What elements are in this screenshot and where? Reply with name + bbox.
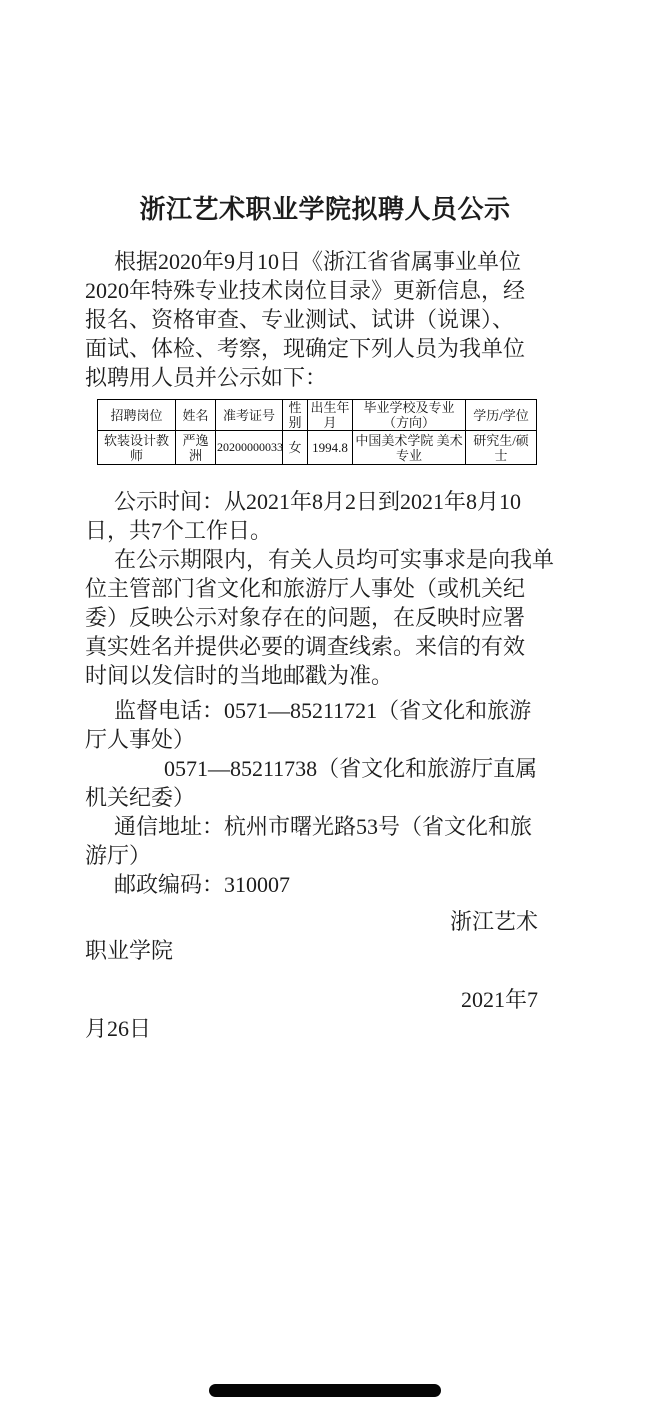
cell-position: 软装设计教师 (98, 431, 176, 465)
intro-line: 报名、资格审查、专业测试、试讲（说课）、 (85, 305, 565, 334)
feedback-line: 真实姓名并提供必要的调查线索。来信的有效 (85, 632, 565, 661)
feedback-line: 时间以发信时的当地邮戳为准。 (85, 661, 565, 690)
header-position: 招聘岗位 (98, 400, 176, 431)
cell-gender: 女 (283, 431, 308, 465)
feedback-line: 位主管部门省文化和旅游厅人事处（或机关纪 (85, 574, 565, 603)
cell-school-major: 中国美术学院 美术专业 (353, 431, 466, 465)
signature-line: 浙江艺术 (85, 907, 565, 936)
table-row: 软装设计教师 严逸洲 20200000033 女 1994.8 中国美术学院 美… (98, 431, 537, 465)
header-birth: 出生年月 (308, 400, 353, 431)
phone-line: 监督电话：0571—85211721（省文化和旅游 (85, 696, 565, 725)
feedback-line: 委）反映公示对象存在的问题，在反映时应署 (85, 603, 565, 632)
intro-line: 根据2020年9月10日《浙江省省属事业单位 (85, 247, 565, 276)
header-name: 姓名 (176, 400, 216, 431)
header-gender: 性别 (283, 400, 308, 431)
home-indicator-bar[interactable] (209, 1384, 441, 1397)
cell-degree: 研究生/硕士 (466, 431, 537, 465)
cell-name: 严逸洲 (176, 431, 216, 465)
cell-exam-id: 20200000033 (216, 431, 283, 465)
date-line: 2021年7 (85, 985, 565, 1014)
header-school-major: 毕业学校及专业（方向） (353, 400, 466, 431)
address-line: 游厅） (85, 841, 565, 870)
header-exam-id: 准考证号 (216, 400, 283, 431)
phone-line: 0571—85211738（省文化和旅游厅直属 (85, 754, 565, 783)
intro-line: 拟聘用人员并公示如下： (85, 363, 565, 392)
intro-line: 2020年特殊专业技术岗位目录》更新信息，经 (85, 276, 565, 305)
signature-line: 职业学院 (85, 936, 565, 965)
table-header-row: 招聘岗位 姓名 准考证号 性别 出生年月 毕业学校及专业（方向） 学历/学位 (98, 400, 537, 431)
address-line: 通信地址：杭州市曙光路53号（省文化和旅 (85, 812, 565, 841)
intro-line: 面试、体检、考察，现确定下列人员为我单位 (85, 334, 565, 363)
publicity-period-line: 公示时间：从2021年8月2日到2021年8月10 (85, 487, 565, 516)
doc-title: 浙江艺术职业学院拟聘人员公示 (85, 192, 565, 226)
cell-birth: 1994.8 (308, 431, 353, 465)
publicity-period-line: 日，共7个工作日。 (85, 516, 565, 545)
announcement-document: 浙江艺术职业学院拟聘人员公示 根据2020年9月10日《浙江省省属事业单位 20… (0, 0, 650, 1043)
postal-code-line: 邮政编码：310007 (85, 870, 565, 899)
hiring-table: 招聘岗位 姓名 准考证号 性别 出生年月 毕业学校及专业（方向） 学历/学位 软… (97, 399, 537, 465)
feedback-line: 在公示期限内，有关人员均可实事求是向我单 (85, 545, 565, 574)
phone-line: 机关纪委） (85, 783, 565, 812)
header-degree: 学历/学位 (466, 400, 537, 431)
date-line: 月26日 (85, 1014, 565, 1043)
phone-line: 厅人事处） (85, 725, 565, 754)
